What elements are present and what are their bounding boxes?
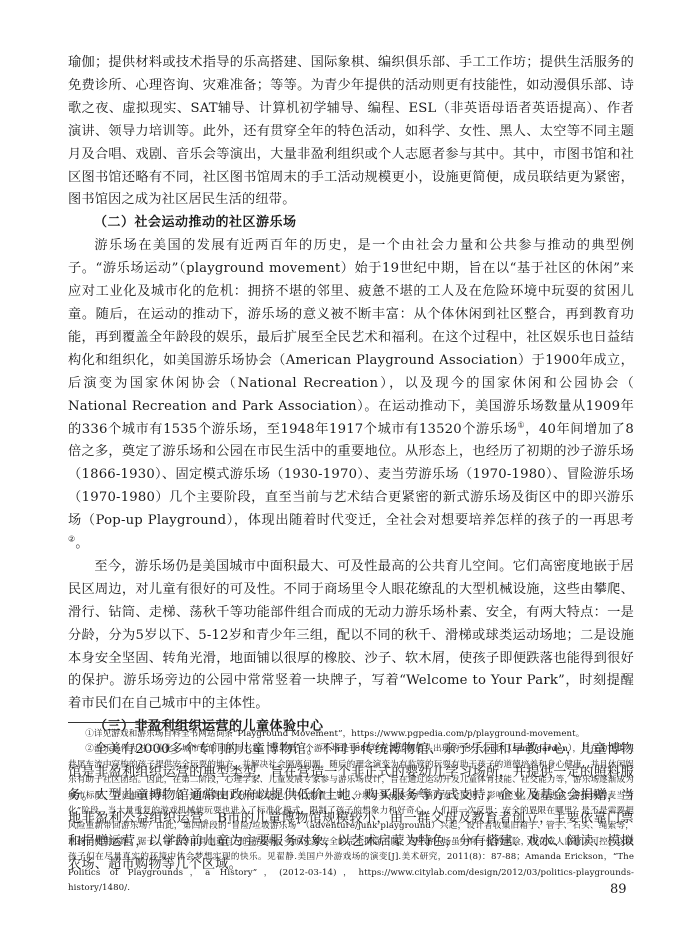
footnote-1: ①详见游戏和游乐场百科全书网站词条“Playground Movement”，h… [68, 727, 634, 742]
paragraph-library-activities: 瑜伽；提供材料或技术指导的乐高搭建、国际象棋、编织俱乐部、手工工作坊；提供生活服… [68, 52, 634, 212]
paragraph-playground-today: 至今，游乐场仍是美国城市中面积最大、可及性最高的公共育儿空间。它们高密度地嵌于居… [68, 556, 634, 716]
footnote-2: ②游乐场作为对工业化、城市化的回应而兴起。全美第一个游乐场是1885年在波士顿街… [68, 742, 634, 896]
playground-text-part-c: 。 [75, 536, 88, 551]
footnote-ref-1[interactable]: ① [517, 420, 525, 429]
playground-text-part-b: ，40年间增加了8倍之多，奠定了游乐场和公园在市民生活中的重要地位。从形态上，也… [68, 422, 634, 529]
section-heading-playground: （二）社会运动推动的社区游乐场 [68, 212, 634, 235]
footnotes: ①详见游戏和游乐场百科全书网站词条“Playground Movement”，h… [68, 727, 634, 896]
page-number: 89 [610, 882, 627, 897]
footnote-divider [68, 722, 220, 723]
playground-text-part-a: 游乐场在美国的发展有近两百年的历史，是一个由社会力量和公共参与推动的典型例子。“… [68, 238, 634, 436]
paragraph-playground-movement: 游乐场在美国的发展有近两百年的历史，是一个由社会力量和公共参与推动的典型例子。“… [68, 235, 634, 556]
